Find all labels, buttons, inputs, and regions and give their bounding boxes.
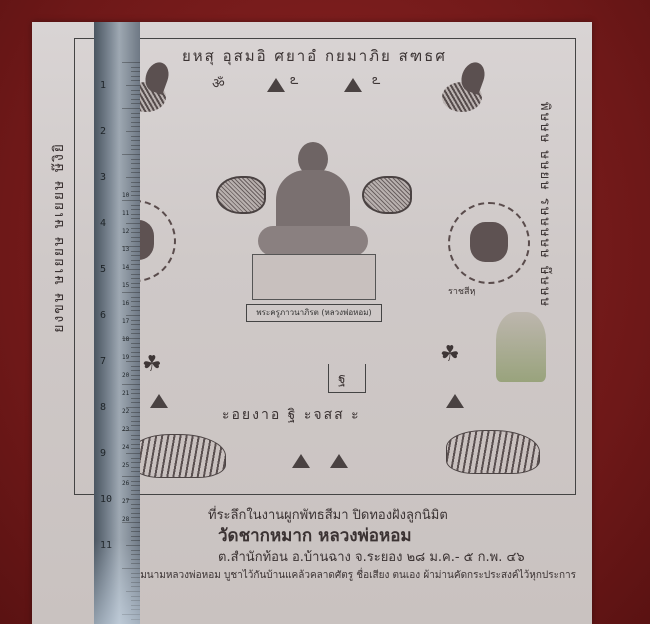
steel-ruler: 1 2 3 4 5 6 7 8 9 10 11 10 11 12 13 14 1… — [94, 22, 140, 624]
ruler-inch-label: 25 — [122, 462, 129, 469]
trefoil-yant-icon: ☘ — [440, 342, 460, 367]
ruler-tick-mark — [131, 485, 140, 486]
ruler-inch-label: 19 — [122, 354, 129, 361]
ruler-tick-mark — [131, 241, 140, 242]
tiger-right-icon — [446, 430, 540, 474]
ruler-tick-mark — [122, 430, 140, 431]
ruler-tick-mark — [131, 90, 140, 91]
ruler-tick-mark — [131, 251, 140, 252]
ruler-tick-mark — [131, 439, 140, 440]
ruler-tick-label: 4 — [100, 218, 106, 229]
ruler-tick-mark — [131, 324, 140, 325]
ruler-tick-mark — [131, 494, 140, 495]
ruler-tick-mark — [131, 421, 140, 422]
ruler-tick-mark — [131, 458, 140, 459]
middle-row-inscription: ะอยงาอ ฐิ ะจสส ะ — [222, 404, 361, 426]
ruler-tick-mark — [131, 103, 140, 104]
ruler-tick-mark — [131, 168, 140, 169]
ruler-tick-mark — [122, 384, 140, 385]
ruler-tick-mark — [131, 214, 140, 215]
ruler-tick-mark — [122, 62, 140, 63]
ruler-tick-mark — [131, 297, 140, 298]
ruler-tick-mark — [131, 255, 140, 256]
ruler-tick-mark — [131, 182, 140, 183]
ruler-tick-mark — [131, 490, 140, 491]
ruler-tick-label: 8 — [100, 402, 106, 413]
caption-line-3: ต.สำนักท้อน อ.บ้านฉาง จ.ระยอง ๒๘ ม.ค.- ๕… — [218, 546, 525, 567]
ruler-tick-mark — [131, 301, 140, 302]
ruler-tick-mark — [126, 85, 140, 86]
ruler-tick-mark — [122, 292, 140, 293]
ruler-tick-mark — [126, 269, 140, 270]
ruler-tick-mark — [131, 379, 140, 380]
ruler-tick-mark — [131, 136, 140, 137]
ruler-tick-mark — [131, 80, 140, 81]
ruler-tick-mark — [126, 177, 140, 178]
ruler-tick-mark — [131, 232, 140, 233]
triangle-yant-icon — [330, 454, 348, 468]
ruler-tick-mark — [131, 117, 140, 118]
ruler-tick-mark — [131, 159, 140, 160]
ruler-tick-label: 9 — [100, 448, 106, 459]
ruler-tick-mark — [131, 310, 140, 311]
ruler-glare — [94, 540, 140, 624]
ruler-tick-mark — [131, 195, 140, 196]
ruler-tick-label: 1 — [100, 80, 106, 91]
ruler-tick-mark — [131, 145, 140, 146]
ruler-tick-mark — [126, 131, 140, 132]
lion-seal-right-icon — [448, 202, 530, 284]
ruler-tick-mark — [122, 522, 140, 523]
mae-thorani-figure — [496, 312, 546, 382]
ruler-tick-mark — [131, 508, 140, 509]
ruler-tick-mark — [131, 444, 140, 445]
ruler-inch-label: 26 — [122, 480, 129, 487]
triangle-yant-icon — [267, 78, 285, 92]
unalom-symbol-icon: ఽ — [372, 72, 380, 91]
ruler-tick-label: 3 — [100, 172, 106, 183]
ruler-tick-mark — [131, 283, 140, 284]
ruler-tick-mark — [131, 122, 140, 123]
right-column-inscription: พิษษษ ษษยษ รษษษษษ ษ๊ษษษ — [534, 102, 555, 308]
ruler-tick-label: 7 — [100, 356, 106, 367]
right-seal-caption: ราชสีหฺ — [448, 284, 475, 298]
triangle-yant-icon — [344, 78, 362, 92]
ruler-tick-mark — [131, 149, 140, 150]
ruler-tick-label: 5 — [100, 264, 106, 275]
ruler-inch-label: 22 — [122, 408, 129, 415]
ruler-tick-mark — [131, 329, 140, 330]
ruler-tick-mark — [131, 416, 140, 417]
ruler-tick-mark — [122, 108, 140, 109]
ruler-tick-mark — [122, 246, 140, 247]
ruler-tick-mark — [126, 453, 140, 454]
ruler-tick-mark — [131, 352, 140, 353]
ruler-tick-mark — [131, 67, 140, 68]
ruler-inch-label: 20 — [122, 372, 129, 379]
triangle-yant-icon — [292, 454, 310, 468]
ruler-tick-mark — [131, 264, 140, 265]
ruler-tick-mark — [122, 476, 140, 477]
ruler-tick-mark — [131, 306, 140, 307]
ruler-tick-mark — [131, 140, 140, 141]
ruler-tick-mark — [131, 228, 140, 229]
ruler-inch-label: 16 — [122, 300, 129, 307]
ruler-tick-mark — [126, 315, 140, 316]
ruler-tick-mark — [131, 375, 140, 376]
ruler-tick-mark — [131, 94, 140, 95]
ruler-inch-label: 13 — [122, 246, 129, 253]
triangle-yant-icon — [150, 394, 168, 408]
monk-nameplate: พระครูภาวนาภิรต (หลวงพ่อหอม) — [246, 304, 382, 322]
ruler-tick-mark — [131, 435, 140, 436]
ruler-tick-mark — [131, 99, 140, 100]
ruler-tick-mark — [131, 71, 140, 72]
ruler-tick-mark — [131, 205, 140, 206]
unalom-symbol-icon: ॐ — [212, 74, 225, 93]
trefoil-yant-icon: ☘ — [142, 352, 162, 377]
ruler-inch-label: 12 — [122, 228, 129, 235]
ruler-tick-mark — [122, 200, 140, 201]
ruler-inch-label: 17 — [122, 318, 129, 325]
ruler-tick-label: 2 — [100, 126, 106, 137]
ruler-tick-mark — [131, 218, 140, 219]
ruler-tick-mark — [131, 172, 140, 173]
ruler-tick-mark — [126, 223, 140, 224]
triangle-yant-icon — [446, 394, 464, 408]
caption-line-2: วัดชากหมาก หลวงพ่อหอม — [218, 522, 412, 549]
ruler-tick-mark — [131, 481, 140, 482]
ruler-tick-mark — [131, 333, 140, 334]
left-column-inscription: ยงขษ ษเยยษ ษเยยษ ษ๊งิยิ — [48, 142, 70, 333]
ruler-tick-mark — [131, 343, 140, 344]
ruler-tick-mark — [131, 398, 140, 399]
center-box-yant — [328, 364, 366, 393]
ruler-inch-label: 11 — [122, 210, 129, 217]
ruler-tick-mark — [131, 402, 140, 403]
ruler-inch-label: 10 — [122, 192, 129, 199]
ruler-tick-mark — [126, 361, 140, 362]
ruler-tick-mark — [131, 113, 140, 114]
ruler-tick-mark — [131, 320, 140, 321]
ruler-inch-label: 21 — [122, 390, 129, 397]
ruler-tick-mark — [126, 499, 140, 500]
ruler-tick-mark — [126, 407, 140, 408]
rooster-right-icon — [432, 62, 492, 132]
ruler-inch-label: 24 — [122, 444, 129, 451]
ruler-tick-mark — [131, 425, 140, 426]
ruler-tick-mark — [131, 126, 140, 127]
monk-statue-figure — [258, 142, 368, 302]
ruler-tick-mark — [131, 527, 140, 528]
ruler-inch-label: 15 — [122, 282, 129, 289]
ruler-tick-mark — [131, 513, 140, 514]
ruler-tick-mark — [131, 366, 140, 367]
ruler-tick-mark — [122, 154, 140, 155]
ruler-tick-mark — [131, 347, 140, 348]
ruler-tick-mark — [131, 287, 140, 288]
ruler-tick-mark — [131, 356, 140, 357]
unalom-symbol-icon: ఽ — [290, 72, 298, 91]
tiger-left-icon — [132, 434, 226, 478]
ruler-tick-mark — [131, 186, 140, 187]
ruler-tick-mark — [131, 504, 140, 505]
ruler-tick-mark — [131, 237, 140, 238]
ruler-tick-mark — [131, 467, 140, 468]
ruler-tick-mark — [131, 393, 140, 394]
ruler-tick-mark — [131, 370, 140, 371]
ruler-tick-mark — [131, 412, 140, 413]
ruler-tick-mark — [131, 531, 140, 532]
ruler-tick-mark — [131, 274, 140, 275]
center-box-glyph: ฐ — [338, 368, 346, 390]
ruler-tick-mark — [131, 163, 140, 164]
ruler-tick-mark — [131, 471, 140, 472]
ruler-tick-mark — [131, 517, 140, 518]
top-row-inscription: ยหสุ อุสมอิ ศยาอํ กยมาภิย สฑธศ — [182, 44, 447, 68]
ruler-tick-mark — [131, 76, 140, 77]
ruler-tick-mark — [131, 462, 140, 463]
caption-line-4: ห้ามนามหลวงพ่อหอม บูชาไว้กันบ้านแคล้วคลา… — [128, 568, 576, 583]
ruler-tick-mark — [131, 389, 140, 390]
ruler-tick-mark — [131, 448, 140, 449]
ruler-tick-label: 10 — [100, 494, 112, 505]
ruler-tick-mark — [122, 338, 140, 339]
ruler-tick-mark — [131, 191, 140, 192]
ruler-tick-label: 6 — [100, 310, 106, 321]
ruler-tick-mark — [131, 260, 140, 261]
ruler-tick-mark — [131, 209, 140, 210]
fish-right-icon — [362, 176, 412, 214]
ruler-tick-mark — [131, 536, 140, 537]
ruler-tick-mark — [131, 278, 140, 279]
